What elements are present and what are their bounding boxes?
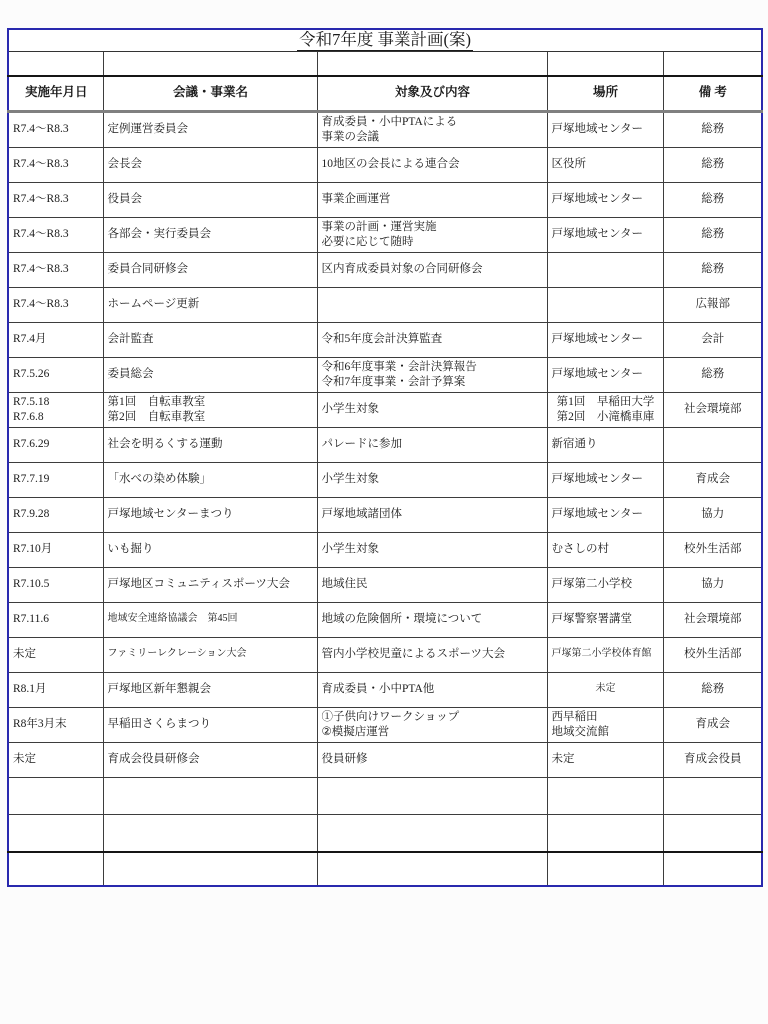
cell-content: 戸塚地域諸団体 (317, 497, 547, 532)
cell-content: 事業企画運営 (317, 182, 547, 217)
empty-cell (547, 852, 663, 886)
cell-date: 未定 (8, 637, 103, 672)
cell-name: 定例運営委員会 (103, 111, 317, 147)
cell-content: 育成委員・小中PTAによる 事業の会議 (317, 111, 547, 147)
cell-date: R7.4～R8.3 (8, 147, 103, 182)
table-row: R7.4～R8.3定例運営委員会育成委員・小中PTAによる 事業の会議戸塚地域セ… (8, 111, 762, 147)
cell-note: 会計 (663, 322, 762, 357)
cell-date: 未定 (8, 742, 103, 777)
cell-date: R7.4～R8.3 (8, 252, 103, 287)
cell-name: 戸塚地区コミュニティスポーツ大会 (103, 567, 317, 602)
business-plan-table: 令和7年度 事業計画(案) 実施年月日 会議・事業名 対象及び内容 場所 備 考… (7, 28, 763, 887)
header-note: 備 考 (663, 76, 762, 112)
empty-row (8, 777, 762, 814)
cell-place: 戸塚地域センター (547, 462, 663, 497)
spacer-cell (8, 51, 103, 76)
header-date: 実施年月日 (8, 76, 103, 112)
empty-cell (317, 814, 547, 852)
cell-note: 協力 (663, 567, 762, 602)
cell-place: 戸塚地域センター (547, 217, 663, 252)
cell-name: 戸塚地区新年懇親会 (103, 672, 317, 707)
cell-content: 事業の計画・運営実施 必要に応じて随時 (317, 217, 547, 252)
cell-note: 総務 (663, 252, 762, 287)
table-body: R7.4～R8.3定例運営委員会育成委員・小中PTAによる 事業の会議戸塚地域セ… (8, 111, 762, 886)
empty-cell (103, 814, 317, 852)
title-row: 令和7年度 事業計画(案) (8, 29, 762, 51)
cell-content (317, 287, 547, 322)
cell-content: 令和6年度事業・会計決算報告 令和7年度事業・会計予算案 (317, 357, 547, 392)
empty-row (8, 814, 762, 852)
spacer-cell (663, 51, 762, 76)
table-row: 未定ファミリーレクレーション大会管内小学校児童によるスポーツ大会戸塚第二小学校体… (8, 637, 762, 672)
empty-cell (8, 852, 103, 886)
empty-cell (317, 777, 547, 814)
document-page: 令和7年度 事業計画(案) 実施年月日 会議・事業名 対象及び内容 場所 備 考… (0, 0, 768, 1024)
cell-note: 育成会 (663, 462, 762, 497)
cell-note: 育成会役員 (663, 742, 762, 777)
empty-cell (8, 777, 103, 814)
table-row: R7.4～R8.3役員会事業企画運営戸塚地域センター総務 (8, 182, 762, 217)
cell-note: 総務 (663, 182, 762, 217)
cell-name: 戸塚地域センターまつり (103, 497, 317, 532)
cell-name: 委員合同研修会 (103, 252, 317, 287)
cell-date: R7.4～R8.3 (8, 217, 103, 252)
table-row: R7.6.29社会を明るくする運動パレードに参加新宿通り (8, 427, 762, 462)
table-row: R7.7.19「水べの染め体験」小学生対象戸塚地域センター育成会 (8, 462, 762, 497)
cell-content: 10地区の会長による連合会 (317, 147, 547, 182)
cell-content: 育成委員・小中PTA他 (317, 672, 547, 707)
table-row: R8.1月戸塚地区新年懇親会育成委員・小中PTA他未定総務 (8, 672, 762, 707)
empty-row (8, 852, 762, 886)
cell-name: 役員会 (103, 182, 317, 217)
cell-content: 役員研修 (317, 742, 547, 777)
empty-cell (8, 814, 103, 852)
cell-place: 未定 (547, 742, 663, 777)
cell-date: R7.5.26 (8, 357, 103, 392)
cell-note: 総務 (663, 111, 762, 147)
cell-content: 令和5年度会計決算監査 (317, 322, 547, 357)
cell-place: 戸塚地域センター (547, 497, 663, 532)
cell-content: 管内小学校児童によるスポーツ大会 (317, 637, 547, 672)
table-row: R7.9.28戸塚地域センターまつり戸塚地域諸団体戸塚地域センター協力 (8, 497, 762, 532)
cell-date: R7.4月 (8, 322, 103, 357)
cell-place (547, 252, 663, 287)
cell-date: R7.11.6 (8, 602, 103, 637)
header-name: 会議・事業名 (103, 76, 317, 112)
empty-cell (103, 777, 317, 814)
table-row: R7.4～R8.3各部会・実行委員会事業の計画・運営実施 必要に応じて随時戸塚地… (8, 217, 762, 252)
empty-cell (317, 852, 547, 886)
table-row: R7.4～R8.3ホームページ更新広報部 (8, 287, 762, 322)
header-content: 対象及び内容 (317, 76, 547, 112)
cell-content: 小学生対象 (317, 392, 547, 427)
cell-content: 地域住民 (317, 567, 547, 602)
title-cell: 令和7年度 事業計画(案) (8, 29, 762, 51)
table-row: R7.10月いも掘り小学生対象むさしの村校外生活部 (8, 532, 762, 567)
cell-place: 戸塚地域センター (547, 357, 663, 392)
spacer-cell (547, 51, 663, 76)
cell-date: R7.6.29 (8, 427, 103, 462)
spacer-cell (317, 51, 547, 76)
cell-place: 戸塚第二小学校体育館 (547, 637, 663, 672)
cell-note: 校外生活部 (663, 532, 762, 567)
cell-name: 早稲田さくらまつり (103, 707, 317, 742)
table-row: R8年3月末早稲田さくらまつり①子供向けワークショップ ②模擬店運営西早稲田 地… (8, 707, 762, 742)
cell-name: 第1回 自転車教室 第2回 自転車教室 (103, 392, 317, 427)
cell-place: 新宿通り (547, 427, 663, 462)
cell-content: パレードに参加 (317, 427, 547, 462)
empty-cell (663, 777, 762, 814)
spacer-row (8, 51, 762, 76)
empty-cell (663, 814, 762, 852)
table-row: R7.10.5戸塚地区コミュニティスポーツ大会地域住民戸塚第二小学校協力 (8, 567, 762, 602)
cell-name: 地域安全連絡協議会 第45回 (103, 602, 317, 637)
cell-name: 育成会役員研修会 (103, 742, 317, 777)
table-row: R7.4～R8.3委員合同研修会区内育成委員対象の合同研修会総務 (8, 252, 762, 287)
cell-note: 社会環境部 (663, 602, 762, 637)
cell-date: R7.4～R8.3 (8, 111, 103, 147)
header-row: 実施年月日 会議・事業名 対象及び内容 場所 備 考 (8, 76, 762, 112)
cell-place: 第1回 早稲田大学 第2回 小滝橋車庫 (547, 392, 663, 427)
cell-note: 校外生活部 (663, 637, 762, 672)
table-row: R7.4月会計監査令和5年度会計決算監査戸塚地域センター会計 (8, 322, 762, 357)
cell-place: 区役所 (547, 147, 663, 182)
cell-note: 社会環境部 (663, 392, 762, 427)
cell-place: 未定 (547, 672, 663, 707)
cell-note: 総務 (663, 217, 762, 252)
empty-cell (103, 852, 317, 886)
cell-place (547, 287, 663, 322)
cell-name: 委員総会 (103, 357, 317, 392)
cell-place: 戸塚地域センター (547, 322, 663, 357)
cell-date: R7.10.5 (8, 567, 103, 602)
cell-name: 会計監査 (103, 322, 317, 357)
cell-date: R8年3月末 (8, 707, 103, 742)
spacer-cell (103, 51, 317, 76)
page-title: 令和7年度 事業計画(案) (297, 30, 473, 51)
table-row: 未定育成会役員研修会役員研修未定育成会役員 (8, 742, 762, 777)
cell-place: 戸塚地域センター (547, 182, 663, 217)
cell-name: ファミリーレクレーション大会 (103, 637, 317, 672)
table-row: R7.5.26委員総会令和6年度事業・会計決算報告 令和7年度事業・会計予算案戸… (8, 357, 762, 392)
table-row: R7.4～R8.3会長会10地区の会長による連合会区役所総務 (8, 147, 762, 182)
cell-date: R7.9.28 (8, 497, 103, 532)
empty-cell (547, 814, 663, 852)
cell-date: R8.1月 (8, 672, 103, 707)
cell-note: 協力 (663, 497, 762, 532)
cell-name: いも掘り (103, 532, 317, 567)
cell-place: 戸塚第二小学校 (547, 567, 663, 602)
cell-note: 総務 (663, 672, 762, 707)
empty-cell (547, 777, 663, 814)
cell-name: ホームページ更新 (103, 287, 317, 322)
header-place: 場所 (547, 76, 663, 112)
table-row: R7.11.6地域安全連絡協議会 第45回地域の危険個所・環境について戸塚警察署… (8, 602, 762, 637)
cell-place: 戸塚地域センター (547, 111, 663, 147)
cell-note: 総務 (663, 357, 762, 392)
cell-date: R7.7.19 (8, 462, 103, 497)
table-row: R7.5.18 R7.6.8第1回 自転車教室 第2回 自転車教室小学生対象第1… (8, 392, 762, 427)
cell-note (663, 427, 762, 462)
cell-place: むさしの村 (547, 532, 663, 567)
empty-cell (663, 852, 762, 886)
cell-date: R7.4～R8.3 (8, 287, 103, 322)
cell-name: 社会を明るくする運動 (103, 427, 317, 462)
cell-content: 区内育成委員対象の合同研修会 (317, 252, 547, 287)
cell-content: ①子供向けワークショップ ②模擬店運営 (317, 707, 547, 742)
cell-content: 小学生対象 (317, 532, 547, 567)
cell-content: 地域の危険個所・環境について (317, 602, 547, 637)
cell-place: 戸塚警察署講堂 (547, 602, 663, 637)
cell-date: R7.4～R8.3 (8, 182, 103, 217)
cell-place: 西早稲田 地域交流館 (547, 707, 663, 742)
cell-name: 各部会・実行委員会 (103, 217, 317, 252)
cell-note: 育成会 (663, 707, 762, 742)
cell-note: 総務 (663, 147, 762, 182)
cell-note: 広報部 (663, 287, 762, 322)
cell-date: R7.5.18 R7.6.8 (8, 392, 103, 427)
cell-name: 会長会 (103, 147, 317, 182)
cell-date: R7.10月 (8, 532, 103, 567)
cell-name: 「水べの染め体験」 (103, 462, 317, 497)
cell-content: 小学生対象 (317, 462, 547, 497)
